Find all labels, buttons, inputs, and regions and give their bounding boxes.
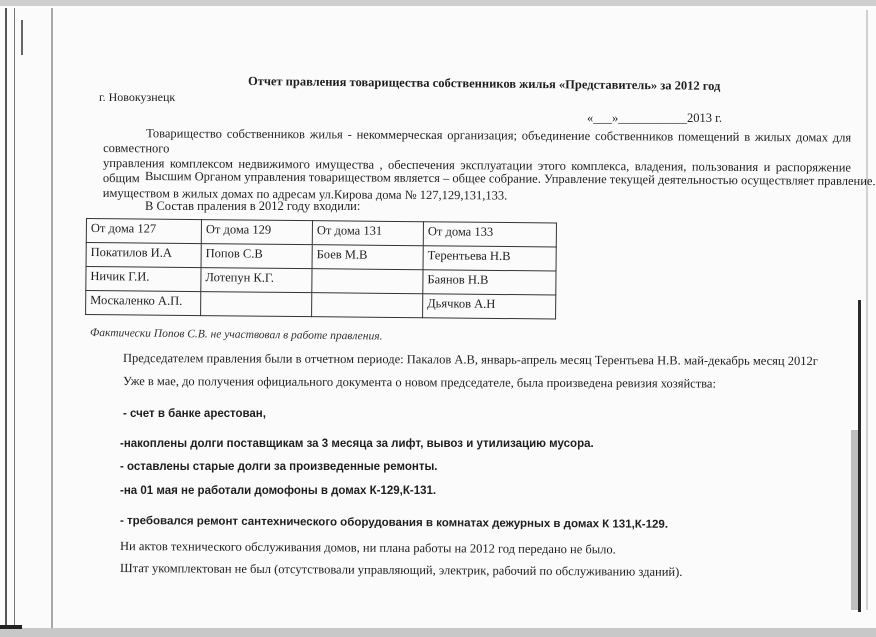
table-header-cell: От дома 127 (86, 219, 201, 244)
scan-left-edge-line (14, 8, 15, 628)
table-header-cell: От дома 133 (423, 222, 556, 247)
table-cell: Дьячков А.Н (423, 294, 556, 319)
board-members-table: От дома 127 От дома 129 От дома 131 От д… (85, 218, 557, 320)
table-header-cell: От дома 129 (201, 220, 312, 245)
table-cell: Покатилов И.А (86, 243, 201, 268)
date-line: «___»___________2013 г. (587, 111, 722, 125)
table-row: Москаленко А.П. Дьячков А.Н (86, 291, 556, 320)
scan-left-edge (5, 8, 7, 628)
board-intro: В Состав праления в 2012 году входили: (145, 199, 360, 213)
intro-paragraph: Товарищество собственников жилья - неком… (103, 126, 851, 206)
table-cell (201, 292, 312, 317)
city-label: г. Новокузнецк (99, 90, 175, 104)
table-cell (312, 269, 423, 294)
intro-line-1: Товарищество собственников жилья - неком… (103, 126, 851, 161)
finding-item: -на 01 мая не работали домофоны в домах … (120, 484, 436, 498)
finding-item: - оставлены старые долги за произведенны… (120, 460, 438, 474)
table-cell: Попов С.В (201, 244, 312, 269)
scan-mark (21, 20, 23, 55)
table-cell: Баянов Н.В (423, 270, 556, 295)
scan-right-edge (858, 300, 861, 612)
table-cell: Лотепун К.Г. (201, 268, 312, 293)
finding-item: -накоплены долги поставщикам за 3 месяца… (120, 437, 594, 451)
scan-right-noise (866, 10, 868, 610)
finding-item: - счет в банке арестован, (123, 407, 266, 421)
scan-corner-mark (0, 625, 22, 629)
table-header-cell: От дома 131 (312, 221, 423, 246)
table-cell (312, 293, 423, 318)
audit-line: Уже в мае, до получения официального док… (123, 374, 716, 391)
scan-right-shadow (851, 430, 858, 610)
table-cell: Боев М.В (312, 245, 423, 270)
scan-fold-line (51, 8, 53, 628)
scan-bottom-border (0, 628, 876, 637)
table-cell: Терентьева Н.В (423, 246, 556, 271)
table-cell: Ничик Г.И. (86, 267, 201, 292)
table-cell: Москаленко А.П. (86, 291, 201, 316)
